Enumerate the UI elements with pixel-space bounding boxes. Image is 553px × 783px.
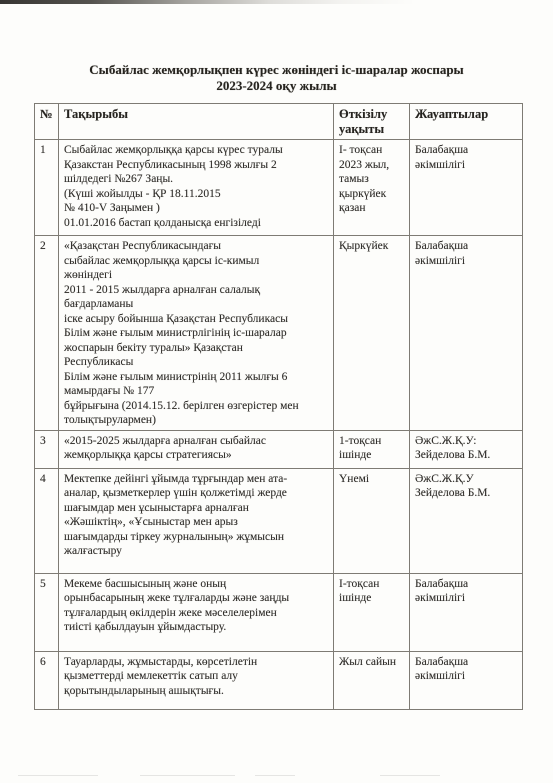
page-title-line2: 2023-2024 оқу жылы [0,78,553,94]
page-title: Сыбайлас жемқорлықпен күрес жөніндегі іс… [0,62,553,94]
cell-responsible: Балабақша әкімшілігі [410,236,523,431]
header-topic: Тақырыбы [59,104,334,140]
cell-topic: Тауарларды, жұмыстарды, көрсетілетін қыз… [59,651,334,709]
header-responsible: Жауаптылар [410,104,523,140]
table-row: 2 «Қазақстан Республикасындағы сыбайлас … [35,236,523,431]
header-number: № [35,104,59,140]
cell-responsible: Балабақша әкімшілігі [410,573,523,651]
cell-topic: Мектепке дейінгі ұйымда тұрғындар мен ат… [59,468,334,573]
cell-topic: Мекеме басшысының және оның орынбасарыны… [59,573,334,651]
cell-topic: Сыбайлас жемқорлыққа қарсы күрес туралы … [59,140,334,236]
cell-time: Үнемі [334,468,410,573]
action-plan-table: № Тақырыбы Өткізілу уақыты Жауаптылар 1 … [34,103,523,710]
scan-edge-artifact-bottom [0,775,553,777]
header-time: Өткізілу уақыты [334,104,410,140]
table-row: 6 Тауарларды, жұмыстарды, көрсетілетін қ… [35,651,523,709]
scanned-document-page: Сыбайлас жемқорлықпен күрес жөніндегі іс… [0,0,553,783]
cell-responsible: Балабақша әкімшілігі [410,651,523,709]
cell-number: 4 [35,468,59,573]
cell-time: І- тоқсан 2023 жыл, тамыз қыркүйек қазан [334,140,410,236]
cell-number: 6 [35,651,59,709]
table-row: 3 «2015-2025 жылдарға арналған сыбайлас … [35,430,523,468]
cell-responsible: ӘжС.Ж.Қ.У Зейделова Б.М. [410,468,523,573]
cell-time: І-тоқсан ішінде [334,573,410,651]
cell-topic: «2015-2025 жылдарға арналған сыбайлас же… [59,430,334,468]
cell-number: 1 [35,140,59,236]
table-row: 5 Мекеме басшысының және оның орынбасары… [35,573,523,651]
cell-time: 1-тоқсан ішінде [334,430,410,468]
cell-number: 5 [35,573,59,651]
scan-edge-artifact-top [0,0,415,4]
table-row: 4 Мектепке дейінгі ұйымда тұрғындар мен … [35,468,523,573]
cell-number: 3 [35,430,59,468]
cell-topic: «Қазақстан Республикасындағы сыбайлас же… [59,236,334,431]
page-title-line1: Сыбайлас жемқорлықпен күрес жөніндегі іс… [0,62,553,78]
table-header-row: № Тақырыбы Өткізілу уақыты Жауаптылар [35,104,523,140]
cell-number: 2 [35,236,59,431]
cell-time: Қыркүйек [334,236,410,431]
cell-responsible: Балабақша әкімшілігі [410,140,523,236]
cell-time: Жыл сайын [334,651,410,709]
cell-responsible: ӘжС.Ж.Қ.У: Зейделова Б.М. [410,430,523,468]
table-row: 1 Сыбайлас жемқорлыққа қарсы күрес турал… [35,140,523,236]
